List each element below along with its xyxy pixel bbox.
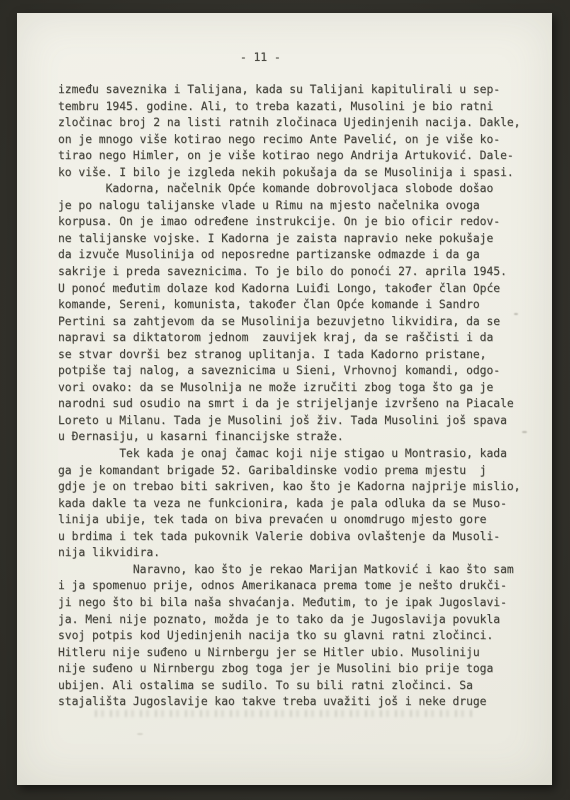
text-line: potpiše taj nalog, a saveznicima u Sieni…: [58, 363, 538, 380]
text-line: linija ubije, tek tada on biva prevaćen …: [58, 512, 538, 529]
paper-speck: [522, 431, 527, 433]
text-line: ga je komandant brigade 52. Garibaldinsk…: [58, 463, 538, 480]
text-line: U ponoć međutim dolaze kod Kadorna Luiđi…: [58, 281, 538, 298]
text-line: Kadorna, načelnik Opće komande dobrovolj…: [58, 181, 538, 198]
text-line: nija likvidira.: [58, 545, 538, 562]
paper-speck: [137, 733, 143, 735]
text-line: ko više. I bilo je izgleda nekih pokušaj…: [58, 165, 538, 182]
text-line: korpusa. On je imao određene instrukcije…: [58, 214, 538, 231]
text-line: tembru 1945. godine. Ali, to treba kazat…: [58, 99, 538, 116]
text-line: je po nalogu talijanske vlade u Rimu na …: [58, 198, 538, 215]
text-line: Pertini sa zahtjevom da se Musolinija be…: [58, 314, 538, 331]
scanner-background: - 11 - između saveznika i Talijana, kada…: [0, 0, 570, 800]
scanned-page: - 11 - između saveznika i Talijana, kada…: [17, 13, 552, 785]
text-line: ne talijanske vojske. I Kadorna je zaist…: [58, 231, 538, 248]
document-body: između saveznika i Talijana, kada su Tal…: [58, 82, 538, 711]
text-line: ubijen. Ali ostalima se sudilo. To su bi…: [58, 678, 538, 695]
text-line: svoj potpis kod Ujedinjenih nacija tko s…: [58, 628, 538, 645]
text-line: napravi sa diktatorom jednom zauvijek kr…: [58, 330, 538, 347]
text-line: da izvuče Musolinija od neposredne parti…: [58, 247, 538, 264]
text-line: stajališta Jugoslavije kao takve treba u…: [58, 694, 538, 711]
text-line: komande, Sereni, komunista, također član…: [58, 297, 538, 314]
text-line: gdje je on trebao biti sakriven, kao što…: [58, 479, 538, 496]
text-line: ja. Meni nije poznato, možda je to tako …: [58, 612, 538, 629]
text-line: ji nego što bi bila naša shvaćanja. Među…: [58, 595, 538, 612]
text-line: nije suđeno u Nirnbergu zbog toga jer je…: [58, 661, 538, 678]
text-line: Hitleru nije suđeno u Nirnbergu jer se H…: [58, 645, 538, 662]
page-number: - 11 -: [240, 51, 281, 64]
text-line: on je mnogo više kotirao nego recimo Ant…: [58, 132, 538, 149]
text-line: u Đernasiju, u kasarni financijske straž…: [58, 429, 538, 446]
text-line: vori ovako: da se Musolnija ne može izru…: [58, 380, 538, 397]
text-line: Tek kada je onaj čamac koji nije stigao …: [58, 446, 538, 463]
text-line: i ja spomenuo prije, odnos Amerikanaca p…: [58, 578, 538, 595]
text-line: narodni sud osudio na smrt i da je strij…: [58, 396, 538, 413]
text-line: zločinac broj 2 na listi ratnih zločinac…: [58, 115, 538, 132]
ink-smudge: [95, 710, 475, 717]
paper-speck: [514, 313, 518, 315]
text-line: tirao nego Himler, on je više kotirao ne…: [58, 148, 538, 165]
text-line: Naravno, kao što je rekao Marijan Matkov…: [58, 562, 538, 579]
text-line: u brdima i tek tada pukovnik Valerie dob…: [58, 529, 538, 546]
text-line: kada dakle ta veza ne funkcionira, kada …: [58, 496, 538, 513]
text-line: između saveznika i Talijana, kada su Tal…: [58, 82, 538, 99]
text-line: Loreto u Milanu. Tada je Musolini još ži…: [58, 413, 538, 430]
text-line: sakrije i preda saveznicima. To je bilo …: [58, 264, 538, 281]
text-line: se stvar dovrši bez stranog uplitanja. I…: [58, 347, 538, 364]
